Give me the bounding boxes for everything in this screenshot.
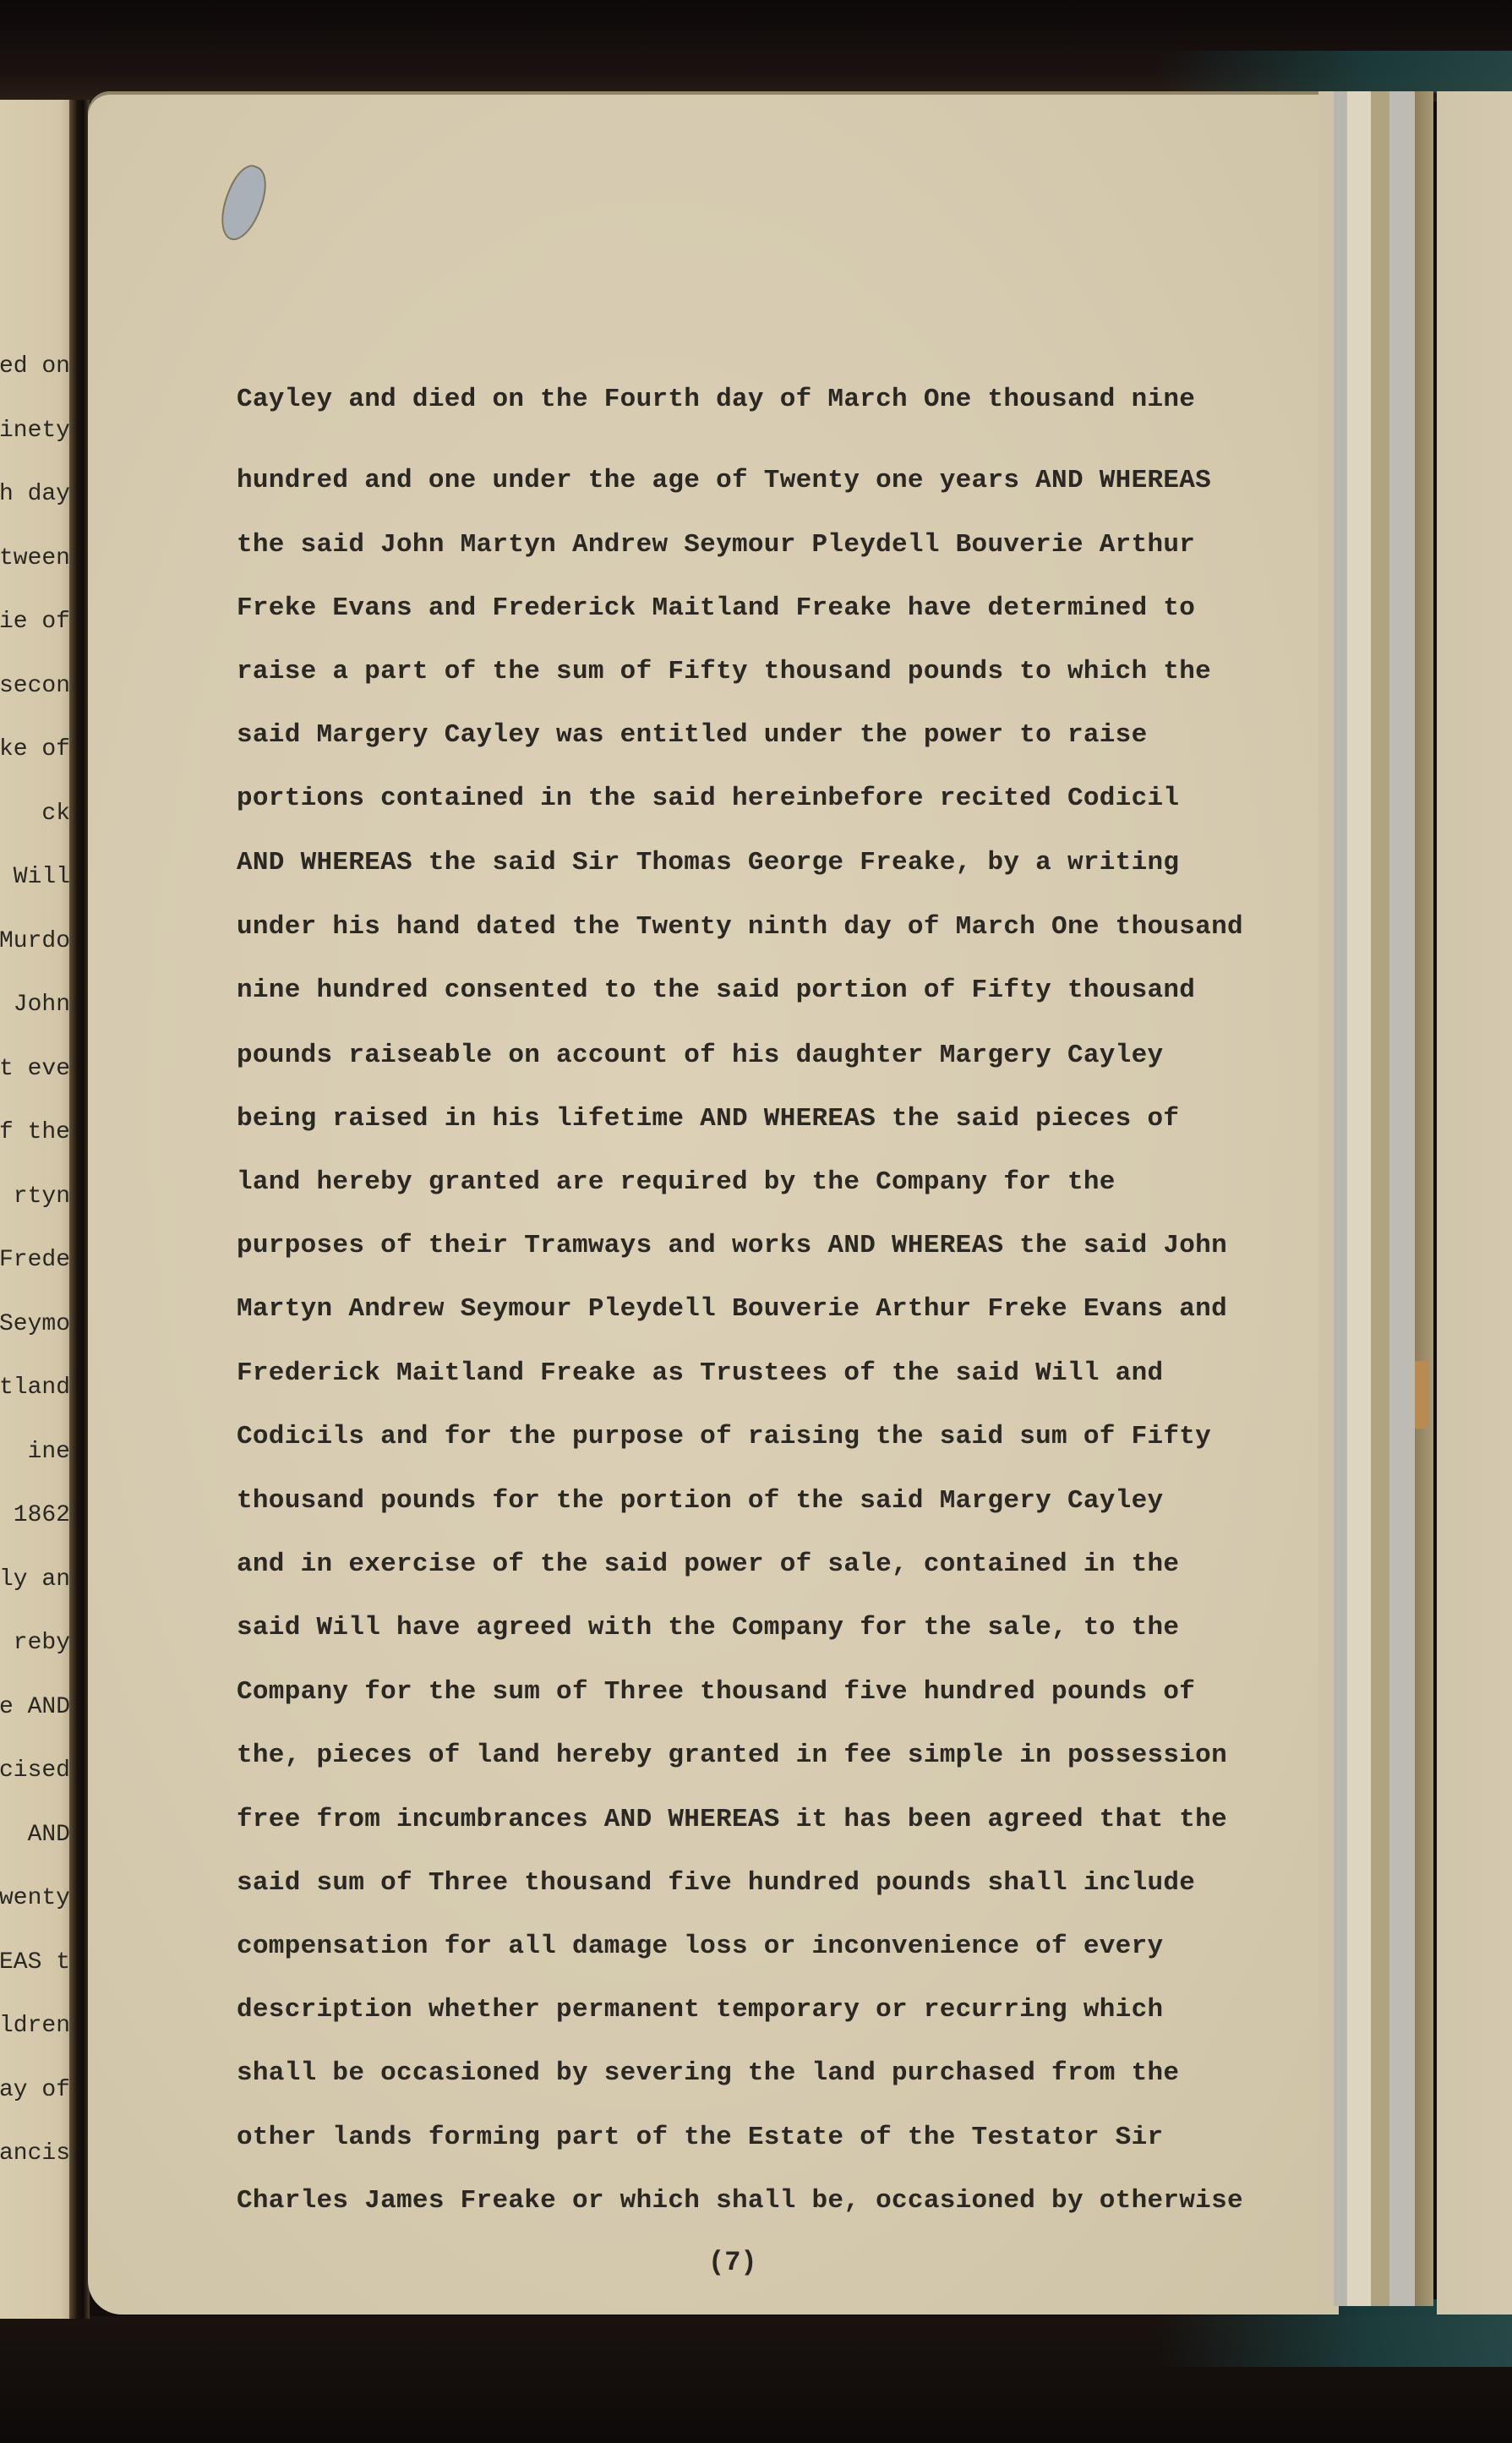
page-edge-stack bbox=[1318, 91, 1437, 2306]
left-page-fragment: ied on bbox=[0, 353, 70, 380]
book-gutter bbox=[69, 100, 90, 2319]
text-line: said sum of Three thousand five hundred … bbox=[237, 1868, 1195, 1898]
text-line: free from incumbrances AND WHEREAS it ha… bbox=[237, 1805, 1227, 1834]
text-line: Charles James Freake or which shall be, … bbox=[237, 2186, 1243, 2216]
page-edge bbox=[1389, 91, 1415, 2306]
left-page-fragment: d Murdo bbox=[0, 928, 70, 954]
text-line: nine hundred consented to the said porti… bbox=[237, 976, 1195, 1005]
left-page-fragment: rtyn bbox=[14, 1183, 70, 1210]
left-page-fragment: th day bbox=[0, 481, 70, 507]
left-page-fragment: e secon bbox=[0, 673, 70, 699]
text-line: compensation for all damage loss or inco… bbox=[237, 1932, 1163, 1961]
left-page-fragment: id Will bbox=[0, 864, 70, 890]
left-page-fragment: t 1862 bbox=[0, 1502, 70, 1528]
left-page-fragment: w Seymo bbox=[0, 1311, 70, 1337]
text-line: Freke Evans and Frederick Maitland Freak… bbox=[237, 593, 1195, 623]
text-line: thousand pounds for the portion of the s… bbox=[237, 1486, 1163, 1516]
text-line: portions contained in the said hereinbef… bbox=[237, 784, 1179, 813]
page-edge bbox=[1371, 91, 1389, 2306]
left-page-fragment: ninety bbox=[0, 418, 70, 444]
left-page-fragment: John bbox=[14, 992, 70, 1018]
page-edge bbox=[1318, 91, 1334, 2306]
left-page-fragment: of the bbox=[0, 1119, 70, 1145]
text-line: the, pieces of land hereby granted in fe… bbox=[237, 1741, 1227, 1770]
left-page-fragment: ine bbox=[28, 1439, 70, 1465]
left-page-fragment: hildren bbox=[0, 2013, 70, 2039]
left-page-fragment: rcised bbox=[0, 1757, 70, 1784]
left-page-fragment: reby bbox=[14, 1630, 70, 1656]
text-line: Codicils and for the purpose of raising … bbox=[237, 1422, 1211, 1451]
text-line: shall be occasioned by severing the land… bbox=[237, 2058, 1179, 2088]
text-line: Cayley and died on the Fourth day of Mar… bbox=[237, 385, 1195, 414]
text-line: Company for the sum of Three thousand fi… bbox=[237, 1677, 1195, 1707]
main-page bbox=[88, 91, 1339, 2315]
left-page-fragment: irdly an bbox=[0, 1566, 70, 1593]
left-page-fragment: ck bbox=[41, 801, 70, 827]
left-page-fragment: day of bbox=[0, 2077, 70, 2103]
text-line: description whether permanent temporary … bbox=[237, 1995, 1163, 2025]
left-page-text: ied onninetyth dayetweenrie ofe seconake… bbox=[0, 100, 72, 2319]
text-line: said Margery Cayley was entitled under t… bbox=[237, 720, 1147, 750]
text-line: land hereby granted are required by the … bbox=[237, 1167, 1116, 1197]
left-page-fragment: HEREAS t bbox=[0, 1949, 70, 1976]
left-page-fragment: itle AND bbox=[0, 1694, 70, 1720]
text-line: under his hand dated the Twenty ninth da… bbox=[237, 912, 1243, 942]
text-line: AND WHEREAS the said Sir Thomas George F… bbox=[237, 848, 1179, 877]
page-edge bbox=[1347, 91, 1371, 2306]
text-line: Martyn Andrew Seymour Pleydell Bouverie … bbox=[237, 1294, 1227, 1324]
text-line: Frederick Maitland Freake as Trustees of… bbox=[237, 1358, 1163, 1388]
left-page-fragment: d Frede bbox=[0, 1247, 70, 1273]
text-line: pounds raiseable on account of his daugh… bbox=[237, 1041, 1163, 1070]
text-line: hundred and one under the age of Twenty … bbox=[237, 466, 1211, 495]
left-page: ied onninetyth dayetweenrie ofe seconake… bbox=[0, 100, 72, 2319]
text-line: the said John Martyn Andrew Seymour Pley… bbox=[237, 530, 1195, 560]
page-number: (7) bbox=[708, 2247, 757, 2278]
text-line: being raised in his lifetime AND WHEREAS… bbox=[237, 1104, 1179, 1134]
book-cover-teal-top bbox=[1157, 51, 1512, 93]
text-line: other lands forming part of the Estate o… bbox=[237, 2123, 1163, 2152]
right-page-sliver bbox=[1437, 91, 1512, 2315]
left-page-fragment: AND bbox=[28, 1822, 70, 1848]
left-page-fragment: etween bbox=[0, 545, 70, 571]
text-line: said Will have agreed with the Company f… bbox=[237, 1613, 1179, 1642]
text-line: raise a part of the sum of Fifty thousan… bbox=[237, 657, 1211, 686]
left-page-fragment: Francis bbox=[0, 2140, 70, 2167]
left-page-fragment: hat eve bbox=[0, 1056, 70, 1082]
text-line: purposes of their Tramways and works AND… bbox=[237, 1231, 1227, 1260]
left-page-fragment: Twenty bbox=[0, 1885, 70, 1911]
page-edge bbox=[1334, 91, 1347, 2306]
page-tab-marker bbox=[1415, 1361, 1428, 1429]
left-page-fragment: rie of bbox=[0, 609, 70, 635]
page-edge bbox=[1415, 91, 1433, 2306]
left-page-fragment: ake of bbox=[0, 736, 70, 762]
left-page-fragment: tland bbox=[0, 1375, 70, 1401]
text-line: and in exercise of the said power of sal… bbox=[237, 1549, 1179, 1579]
